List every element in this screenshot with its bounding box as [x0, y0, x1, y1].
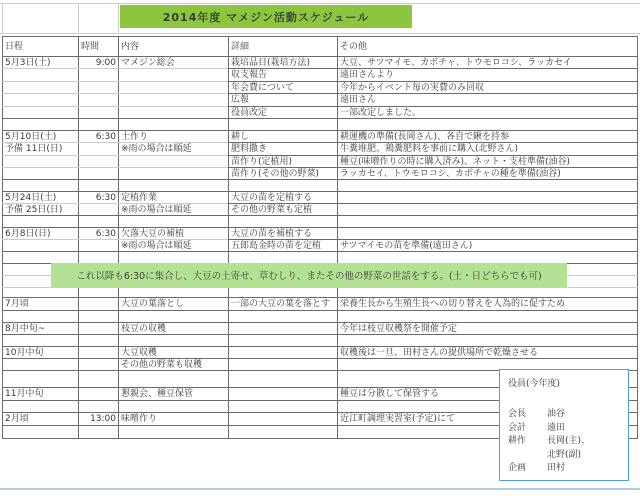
cell-other: 牛糞堆肥、鶏糞肥料を事前に購入(北野さん)	[340, 143, 518, 155]
grid-line	[2, 36, 638, 37]
grid-line	[118, 3, 119, 33]
cell-detail: 役員改定	[231, 107, 267, 119]
cell-detail: 耕し	[231, 131, 249, 143]
grid-line	[337, 36, 338, 438]
grid-line	[2, 322, 638, 323]
cell-content: ※雨の場合は順延	[121, 240, 192, 252]
cell-detail: 苗作り(その他の野菜)	[231, 168, 319, 180]
column-header: 時間	[81, 41, 99, 53]
cell-date: 7月頃	[5, 298, 29, 310]
cell-date: 11月中旬	[5, 388, 43, 400]
officer-role: 会計	[508, 420, 526, 433]
cell-detail: 大豆の苗を補植する	[231, 228, 312, 240]
officers-box: 役員(今年度) 会長油谷会計遠田耕作長岡(主)、北野(副)企画田村	[499, 369, 629, 481]
cell-detail: 苗作り(定植用)	[231, 156, 292, 168]
officers-box-title: 役員(今年度)	[508, 376, 560, 389]
grid-line	[0, 3, 640, 4]
grid-line	[0, 33, 640, 34]
grid-line	[567, 275, 638, 276]
cell-date: 5月10日(土)	[5, 131, 56, 143]
cell-detail: その他の野菜も定植	[231, 204, 312, 216]
grid-line	[2, 358, 638, 359]
cell-detail: 五郎島金時の苗を定植	[231, 240, 321, 252]
cell-other: 今年は枝豆収穫祭を開催予定	[340, 323, 457, 335]
grid-line	[2, 3, 3, 33]
cell-date: 予備 25日(日)	[5, 204, 62, 216]
column-header: 詳細	[231, 41, 249, 53]
cell-content: 土作り	[121, 131, 148, 143]
cell-content: 味噌作り	[121, 413, 157, 425]
cell-detail: 大豆の苗を定植する	[231, 192, 312, 204]
column-header: 日程	[5, 41, 23, 53]
grid-line	[2, 93, 228, 94]
cell-time: 13:00	[79, 413, 116, 425]
grid-line	[78, 3, 79, 33]
cell-date: 5月24日(土)	[5, 192, 56, 204]
grid-line	[2, 346, 638, 347]
grid-line	[2, 81, 228, 82]
grid-line	[228, 36, 229, 438]
cell-other: サツマイモの苗を準備(遠田さん)	[340, 240, 472, 252]
cell-content: その他の野菜も収穫	[121, 359, 202, 371]
cell-other: 今年からイベント毎の実費のみ回収	[340, 82, 484, 94]
cell-date: 5月3日(土)	[5, 57, 50, 69]
cell-date: 予備 11日(日)	[5, 143, 62, 155]
cell-date: 8月中旬~	[5, 323, 45, 335]
cell-other: 大豆、サツマイモ、カボチャ、トウモロコシ、ラッカセイ	[340, 57, 572, 69]
grid-line	[2, 334, 638, 335]
grid-line	[2, 106, 228, 107]
cell-detail: 一部の大豆の葉を落とす	[231, 298, 330, 310]
cell-other: 一部改定しました。	[340, 107, 421, 119]
column-header: その他	[340, 41, 367, 53]
officer-name: 長岡(主)、	[547, 433, 590, 446]
cell-date: 6月8日(日)	[5, 228, 50, 240]
cell-content: 定植作業	[121, 192, 157, 204]
notice-text: これ以降も6:30に集合し、大豆の土寄せ、草むしり、またその他の野菜の世話をする…	[76, 268, 541, 282]
cell-time: 9:00	[79, 57, 116, 69]
officer-role: 会長	[508, 406, 526, 419]
officer-name: 油谷	[547, 406, 565, 419]
cell-date: 10月中旬	[5, 347, 43, 359]
grid-line	[637, 36, 638, 438]
grid-line	[2, 215, 638, 216]
officer-role: 企画	[508, 460, 526, 473]
cell-time: 6:30	[79, 131, 116, 143]
grid-line	[118, 36, 119, 438]
grid-line	[2, 167, 228, 168]
page-title: 2014年度 マメジン活動スケジュール	[163, 9, 370, 25]
cell-time: 6:30	[79, 228, 116, 240]
grid-line	[2, 287, 638, 288]
cell-content: ※雨の場合は順延	[121, 204, 192, 216]
cell-detail: 肥料撒き	[231, 143, 267, 155]
cell-content: 大豆収穫	[121, 347, 157, 359]
cell-content: 枝豆の収穫	[121, 323, 166, 335]
cell-content: マメジン総会	[121, 57, 175, 69]
schedule-page: 日程時間内容詳細その他5月3日(土)9:00マメジン総会栽培品目(栽培方法)大豆…	[0, 0, 640, 496]
cell-detail: 広報	[231, 94, 249, 106]
cell-other: 遠田さんより	[340, 69, 394, 81]
grid-line	[2, 310, 638, 311]
cell-other: 耕運機の準備(長岡さん)、各自で鍬を持参	[340, 131, 509, 143]
cell-other: 種豆は分散して保管する	[340, 388, 439, 400]
cell-detail: 栽培品目(栽培方法)	[231, 57, 310, 69]
grid-line	[2, 275, 51, 276]
title-banner: 2014年度 マメジン活動スケジュール	[120, 5, 412, 28]
cell-other: 栄養生長から生殖生長への切り替えを人為的に促すため	[340, 298, 565, 310]
column-header: 内容	[121, 41, 139, 53]
officer-role: 耕作	[508, 433, 526, 446]
notice-banner: これ以降も6:30に集合し、大豆の土寄せ、草むしり、またその他の野菜の世話をする…	[51, 263, 567, 287]
grid-line	[228, 106, 638, 107]
bottom-edge-line	[0, 488, 640, 490]
cell-time: 6:30	[79, 192, 116, 204]
cell-content: 大豆の葉落とし	[121, 298, 184, 310]
cell-detail: 年会費について	[231, 82, 294, 94]
grid-line	[2, 36, 3, 438]
cell-date: 2月頃	[5, 413, 29, 425]
cell-content: ※雨の場合は順延	[121, 143, 192, 155]
officer-name: 北野(副)	[547, 447, 581, 460]
cell-detail: 収支報告	[231, 69, 267, 81]
officer-name: 遠田	[547, 420, 565, 433]
cell-other: 近江町調理実習室(予定)にて	[340, 413, 455, 425]
grid-line	[2, 118, 638, 119]
cell-other: 収穫後は一旦、田村さんの提供場所で乾燥させる	[340, 347, 538, 359]
cell-other: ラッカセイ、トウモロコシ、カボチャの種を準備(油谷)	[340, 168, 561, 180]
cell-other: 種豆(味噌作りの時に購入済み)、ネット・支柱準備(油谷)	[340, 156, 570, 168]
cell-other: 遠田さん	[340, 94, 376, 106]
officer-name: 田村	[547, 460, 565, 473]
cell-content: 懇親会、種豆保管	[121, 388, 193, 400]
cell-content: 欠落大豆の補植	[121, 228, 184, 240]
